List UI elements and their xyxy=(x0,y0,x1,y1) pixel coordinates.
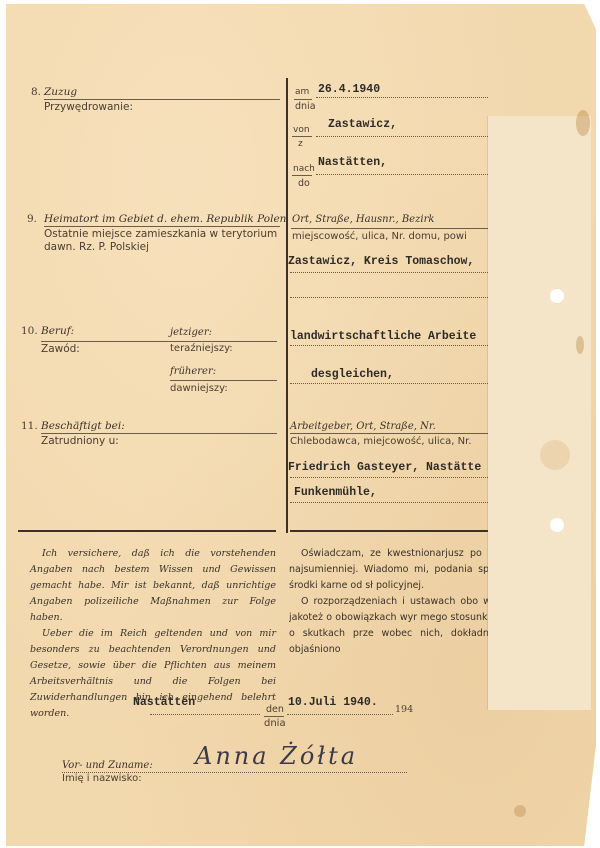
paper-overlay-strip xyxy=(488,116,591,710)
stain xyxy=(576,336,584,354)
employer-place-value: Funkenmühle, xyxy=(294,486,377,499)
field-line xyxy=(290,272,488,273)
divider xyxy=(44,99,280,100)
section-11-number: 11. xyxy=(21,420,38,432)
declaration-pl: Oświadczam, ze kwestnionarjusz po pełnił… xyxy=(289,546,488,674)
name-label-de: Vor- und Zuname: xyxy=(62,760,153,771)
signing-date-value: 10.Juli 1940. xyxy=(288,696,378,709)
name-label-pl: Imię i nazwisko: xyxy=(62,773,142,784)
divider xyxy=(41,341,277,342)
divider xyxy=(292,175,312,176)
section-9-label-pl-line1: Ostatnie miejsce zamieszkania w terytori… xyxy=(44,228,277,240)
section-11-field-pl: Chlebodawca, miejcowość, ulica, Nr. xyxy=(290,436,472,447)
field-line xyxy=(290,297,488,298)
signature: Anna Żółta xyxy=(195,742,358,770)
divider xyxy=(44,226,280,227)
field-line xyxy=(290,502,488,503)
declaration-de-p1: Ich versichere, daß ich die vorstehenden… xyxy=(30,546,276,626)
field-line xyxy=(150,714,260,715)
current-label-pl: teraźniejszy: xyxy=(170,343,233,354)
field-line xyxy=(290,345,488,346)
field-line xyxy=(316,174,488,175)
divider xyxy=(41,433,277,434)
divider xyxy=(294,99,312,100)
former-label-de: früherer: xyxy=(170,366,216,377)
home-address-value: Zastawicz, Kreis Tomaschow, xyxy=(288,255,474,268)
punch-hole xyxy=(550,289,564,303)
divider xyxy=(170,380,277,381)
section-10-number: 10. xyxy=(21,325,38,337)
from-place-value: Zastawicz, xyxy=(328,118,397,131)
section-11-label-pl: Zatrudniony u: xyxy=(41,435,119,447)
section-8-label-de: Zuzug xyxy=(44,86,77,98)
field-line xyxy=(290,477,488,478)
den-label-de: den xyxy=(266,704,284,715)
stain xyxy=(540,440,570,470)
section-end-rule xyxy=(18,530,276,532)
punch-hole xyxy=(550,518,564,532)
section-9-label-pl-line2: dawn. Rz. P. Polskiej xyxy=(44,241,149,253)
von-label-pl: z xyxy=(298,139,303,149)
section-8-label-pl: Przywędrowanie: xyxy=(44,101,133,113)
field-line xyxy=(287,714,393,715)
section-10-label-pl: Zawód: xyxy=(41,343,80,355)
current-occupation-value: landwirtschaftliche Arbeite xyxy=(290,330,476,343)
section-11-label-de: Beschäftigt bei: xyxy=(41,420,125,432)
stain xyxy=(514,805,526,817)
section-9-number: 9. xyxy=(27,213,37,225)
am-label-pl: dnia xyxy=(295,101,316,112)
current-label-de: jetziger: xyxy=(170,327,212,338)
nach-label-pl: do xyxy=(298,178,310,189)
divider xyxy=(290,433,488,434)
am-label-de: am xyxy=(295,87,309,97)
field-line xyxy=(316,136,488,137)
section-9-field-de: Ort, Straße, Hausnr., Bezirk xyxy=(292,214,434,225)
arrival-date-value: 26.4.1940 xyxy=(318,83,380,96)
section-10-label-de: Beruf: xyxy=(41,325,74,337)
nach-label-de: nach xyxy=(293,164,315,174)
field-line xyxy=(290,383,488,384)
von-label-de: von xyxy=(293,125,310,135)
declaration-pl-p1: Oświadczam, ze kwestnionarjusz po pełnił… xyxy=(289,546,488,594)
year-prefix: 194 xyxy=(395,704,413,715)
to-place-value: Nastätten, xyxy=(318,156,387,169)
employer-value: Friedrich Gasteyer, Nastätte xyxy=(288,461,481,474)
divider xyxy=(264,716,284,717)
section-8-number: 8. xyxy=(31,86,41,98)
section-9-label-de: Heimatort im Gebiet d. ehem. Republik Po… xyxy=(44,213,286,225)
divider xyxy=(292,136,312,137)
section-end-rule xyxy=(290,530,488,532)
stain xyxy=(576,110,590,136)
section-11-field-de: Arbeitgeber, Ort, Straße, Nr. xyxy=(290,421,436,432)
declaration-pl-p2: O rozporządzeniach i ustawach obo w Rzes… xyxy=(289,594,488,658)
signing-place-value: Nastätten xyxy=(133,696,195,709)
former-occupation-value: desgleichen, xyxy=(311,368,394,381)
section-9-field-pl: miejscowość, ulica, Nr. domu, powi xyxy=(292,231,467,242)
former-label-pl: dawniejszy: xyxy=(170,383,228,394)
den-label-pl: dnia xyxy=(264,718,286,729)
divider xyxy=(291,228,488,229)
field-line xyxy=(316,97,488,98)
